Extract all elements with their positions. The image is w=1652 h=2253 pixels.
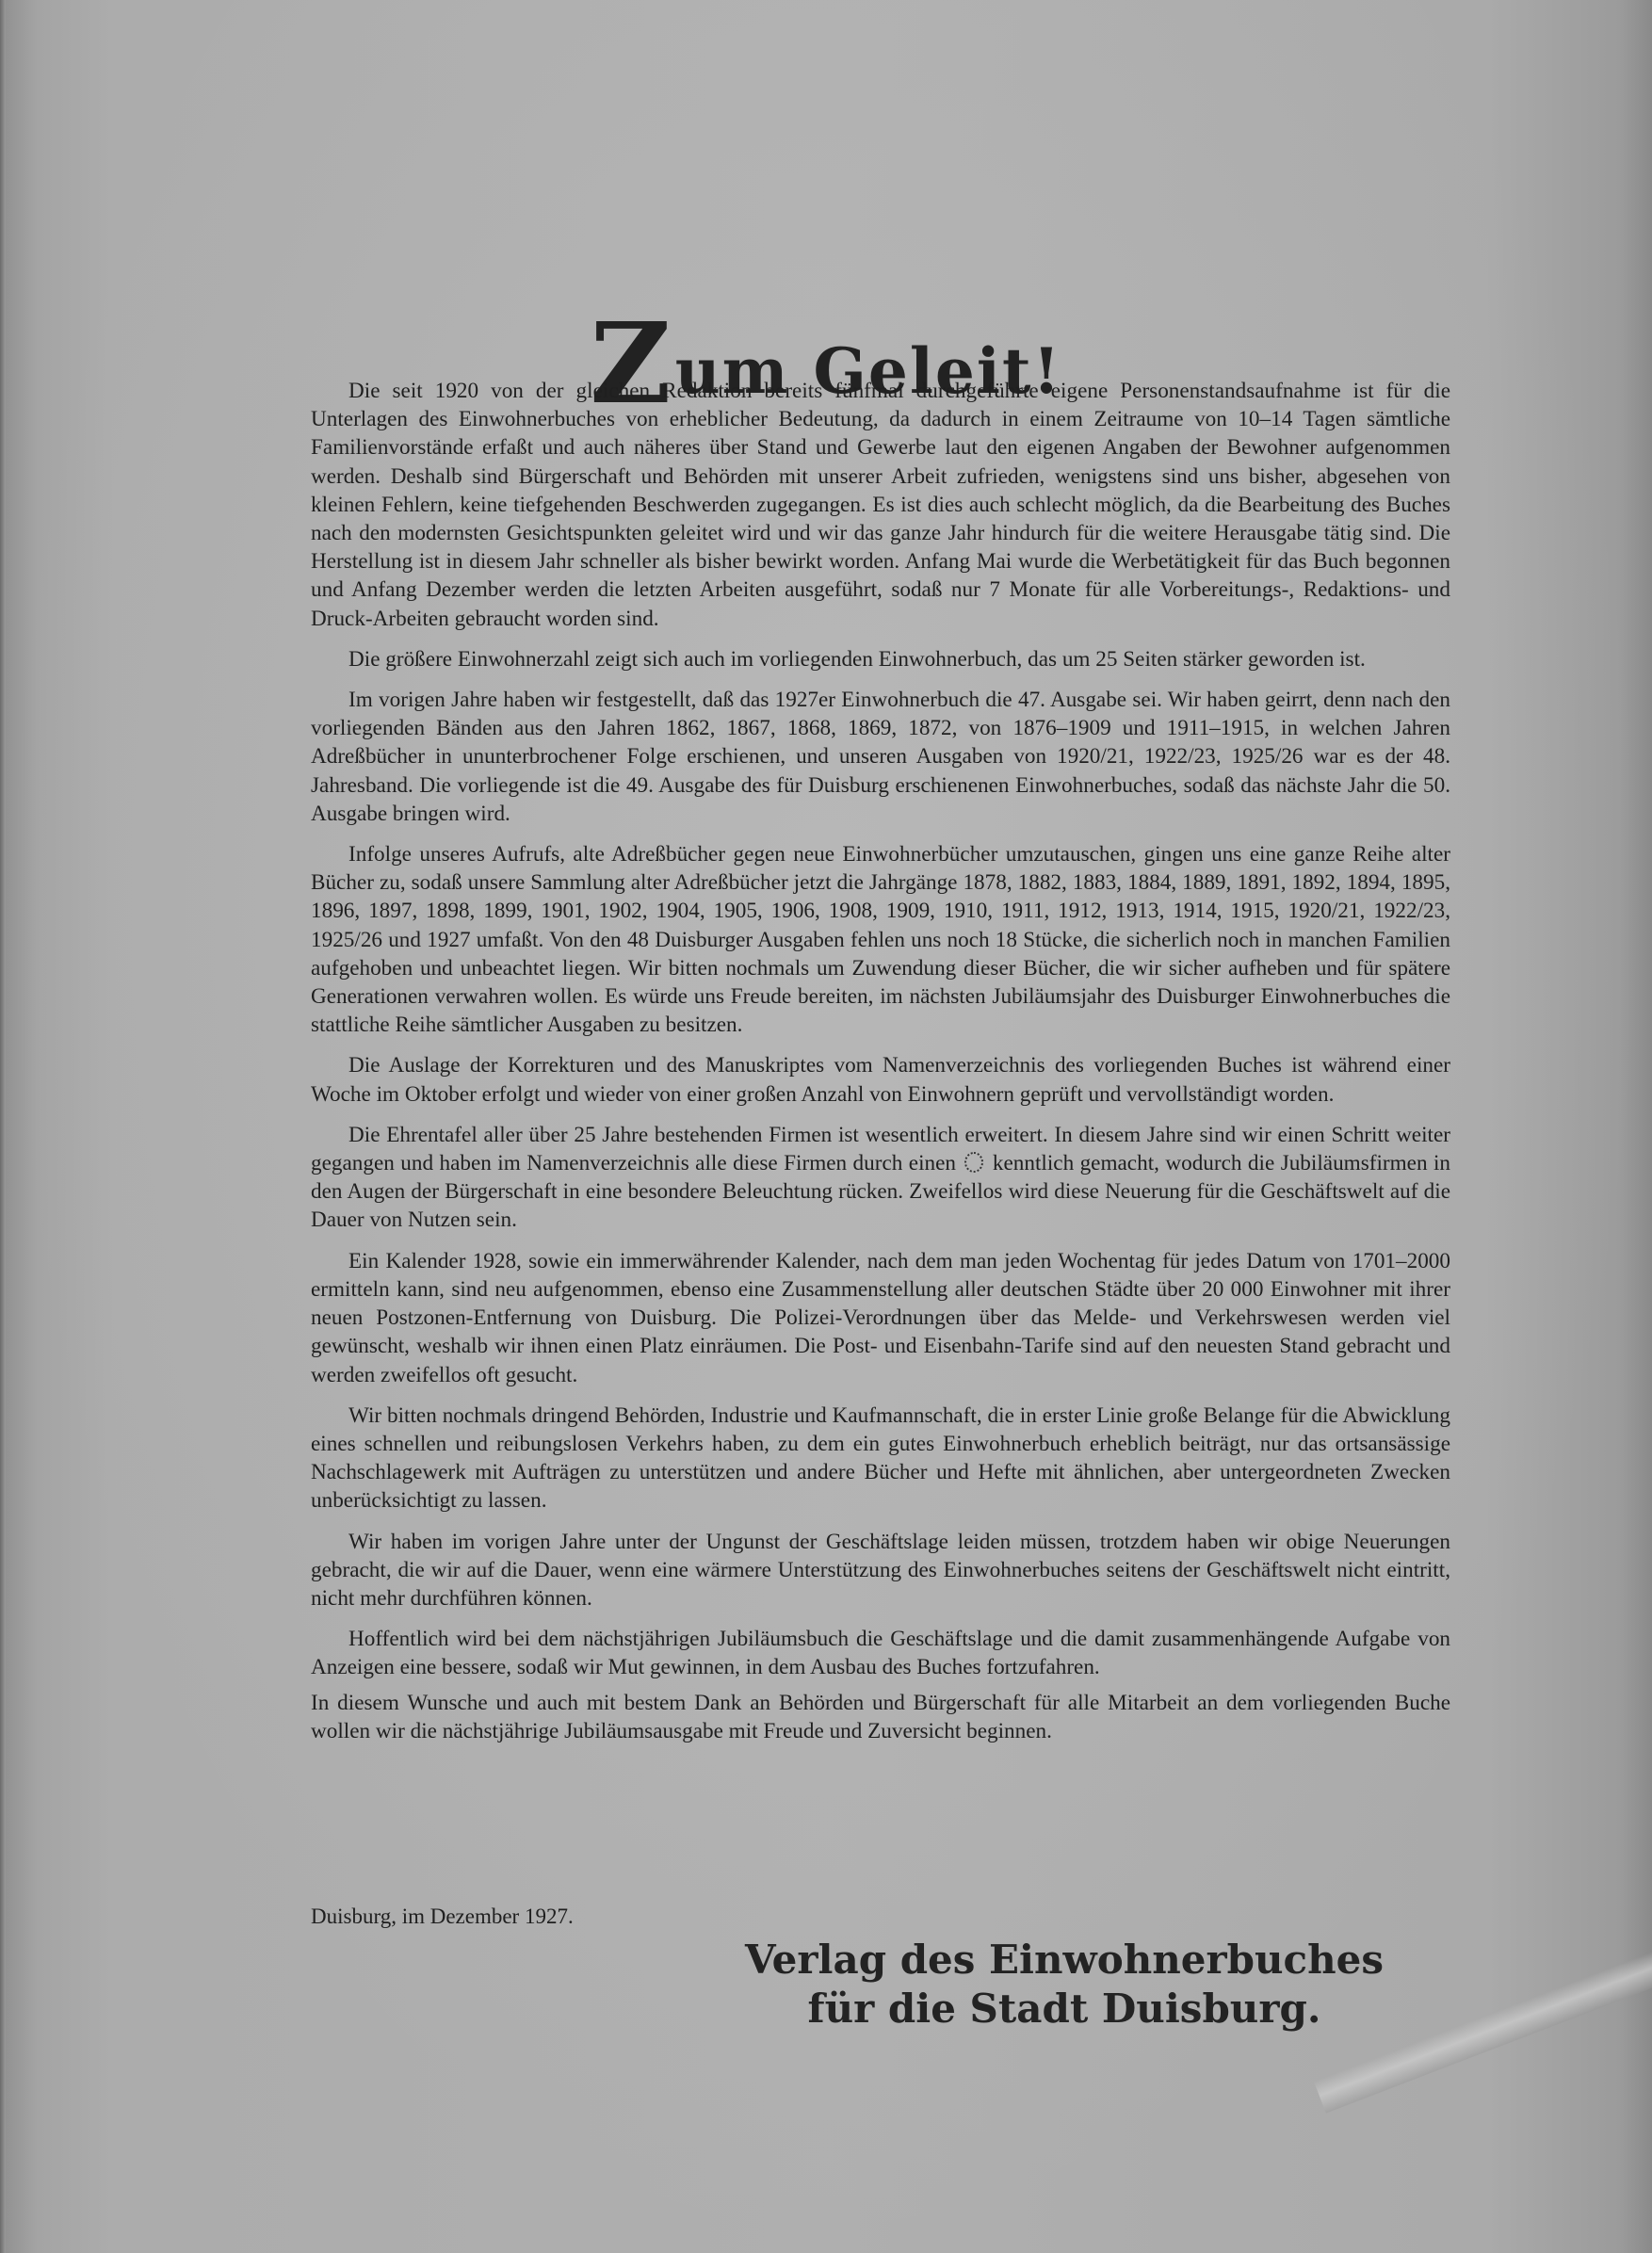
paragraph-honor-roll: Die Ehrentafel aller über 25 Jahre beste…: [311, 1121, 1450, 1235]
paragraph-business: Wir haben im vorigen Jahre unter der Ung…: [311, 1528, 1450, 1613]
publisher-signature: Verlag des Einwohnerbuches für die Stadt…: [725, 1936, 1403, 2034]
paragraph-appeal: Wir bitten nochmals dringend Behörden, I…: [311, 1402, 1450, 1516]
paragraph-thanks: In diesem Wunsche und auch mit bestem Da…: [311, 1689, 1450, 1745]
paragraph-corrections: Die Auslage der Korrekturen und des Manu…: [311, 1051, 1450, 1108]
scanned-page: Zum Geleit! Die seit 1920 von der gleich…: [0, 0, 1652, 2253]
date-line: Duisburg, im Dezember 1927.: [311, 1905, 574, 1929]
paragraph-calendar: Ein Kalender 1928, sowie ein immerwähren…: [311, 1247, 1450, 1389]
signature-line-1: Verlag des Einwohnerbuches: [725, 1936, 1403, 1985]
paragraph-edition-count: Im vorigen Jahre haben wir festgestellt,…: [311, 686, 1450, 828]
jubilee-wreath-icon: [964, 1152, 983, 1173]
paragraph-collection: Infolge unseres Aufrufs, alte Adreßbüche…: [311, 840, 1450, 1039]
paragraph-hope: Hoffentlich wird bei dem nächstjährigen …: [311, 1625, 1450, 1681]
body-text: Die seit 1920 von der gleichen Redaktion…: [311, 377, 1450, 1758]
paragraph-census: Die seit 1920 von der gleichen Redaktion…: [311, 377, 1450, 633]
paragraph-population: Die größere Einwohnerzahl zeigt sich auc…: [311, 645, 1450, 673]
signature-line-2: für die Stadt Duisburg.: [725, 1985, 1403, 2034]
